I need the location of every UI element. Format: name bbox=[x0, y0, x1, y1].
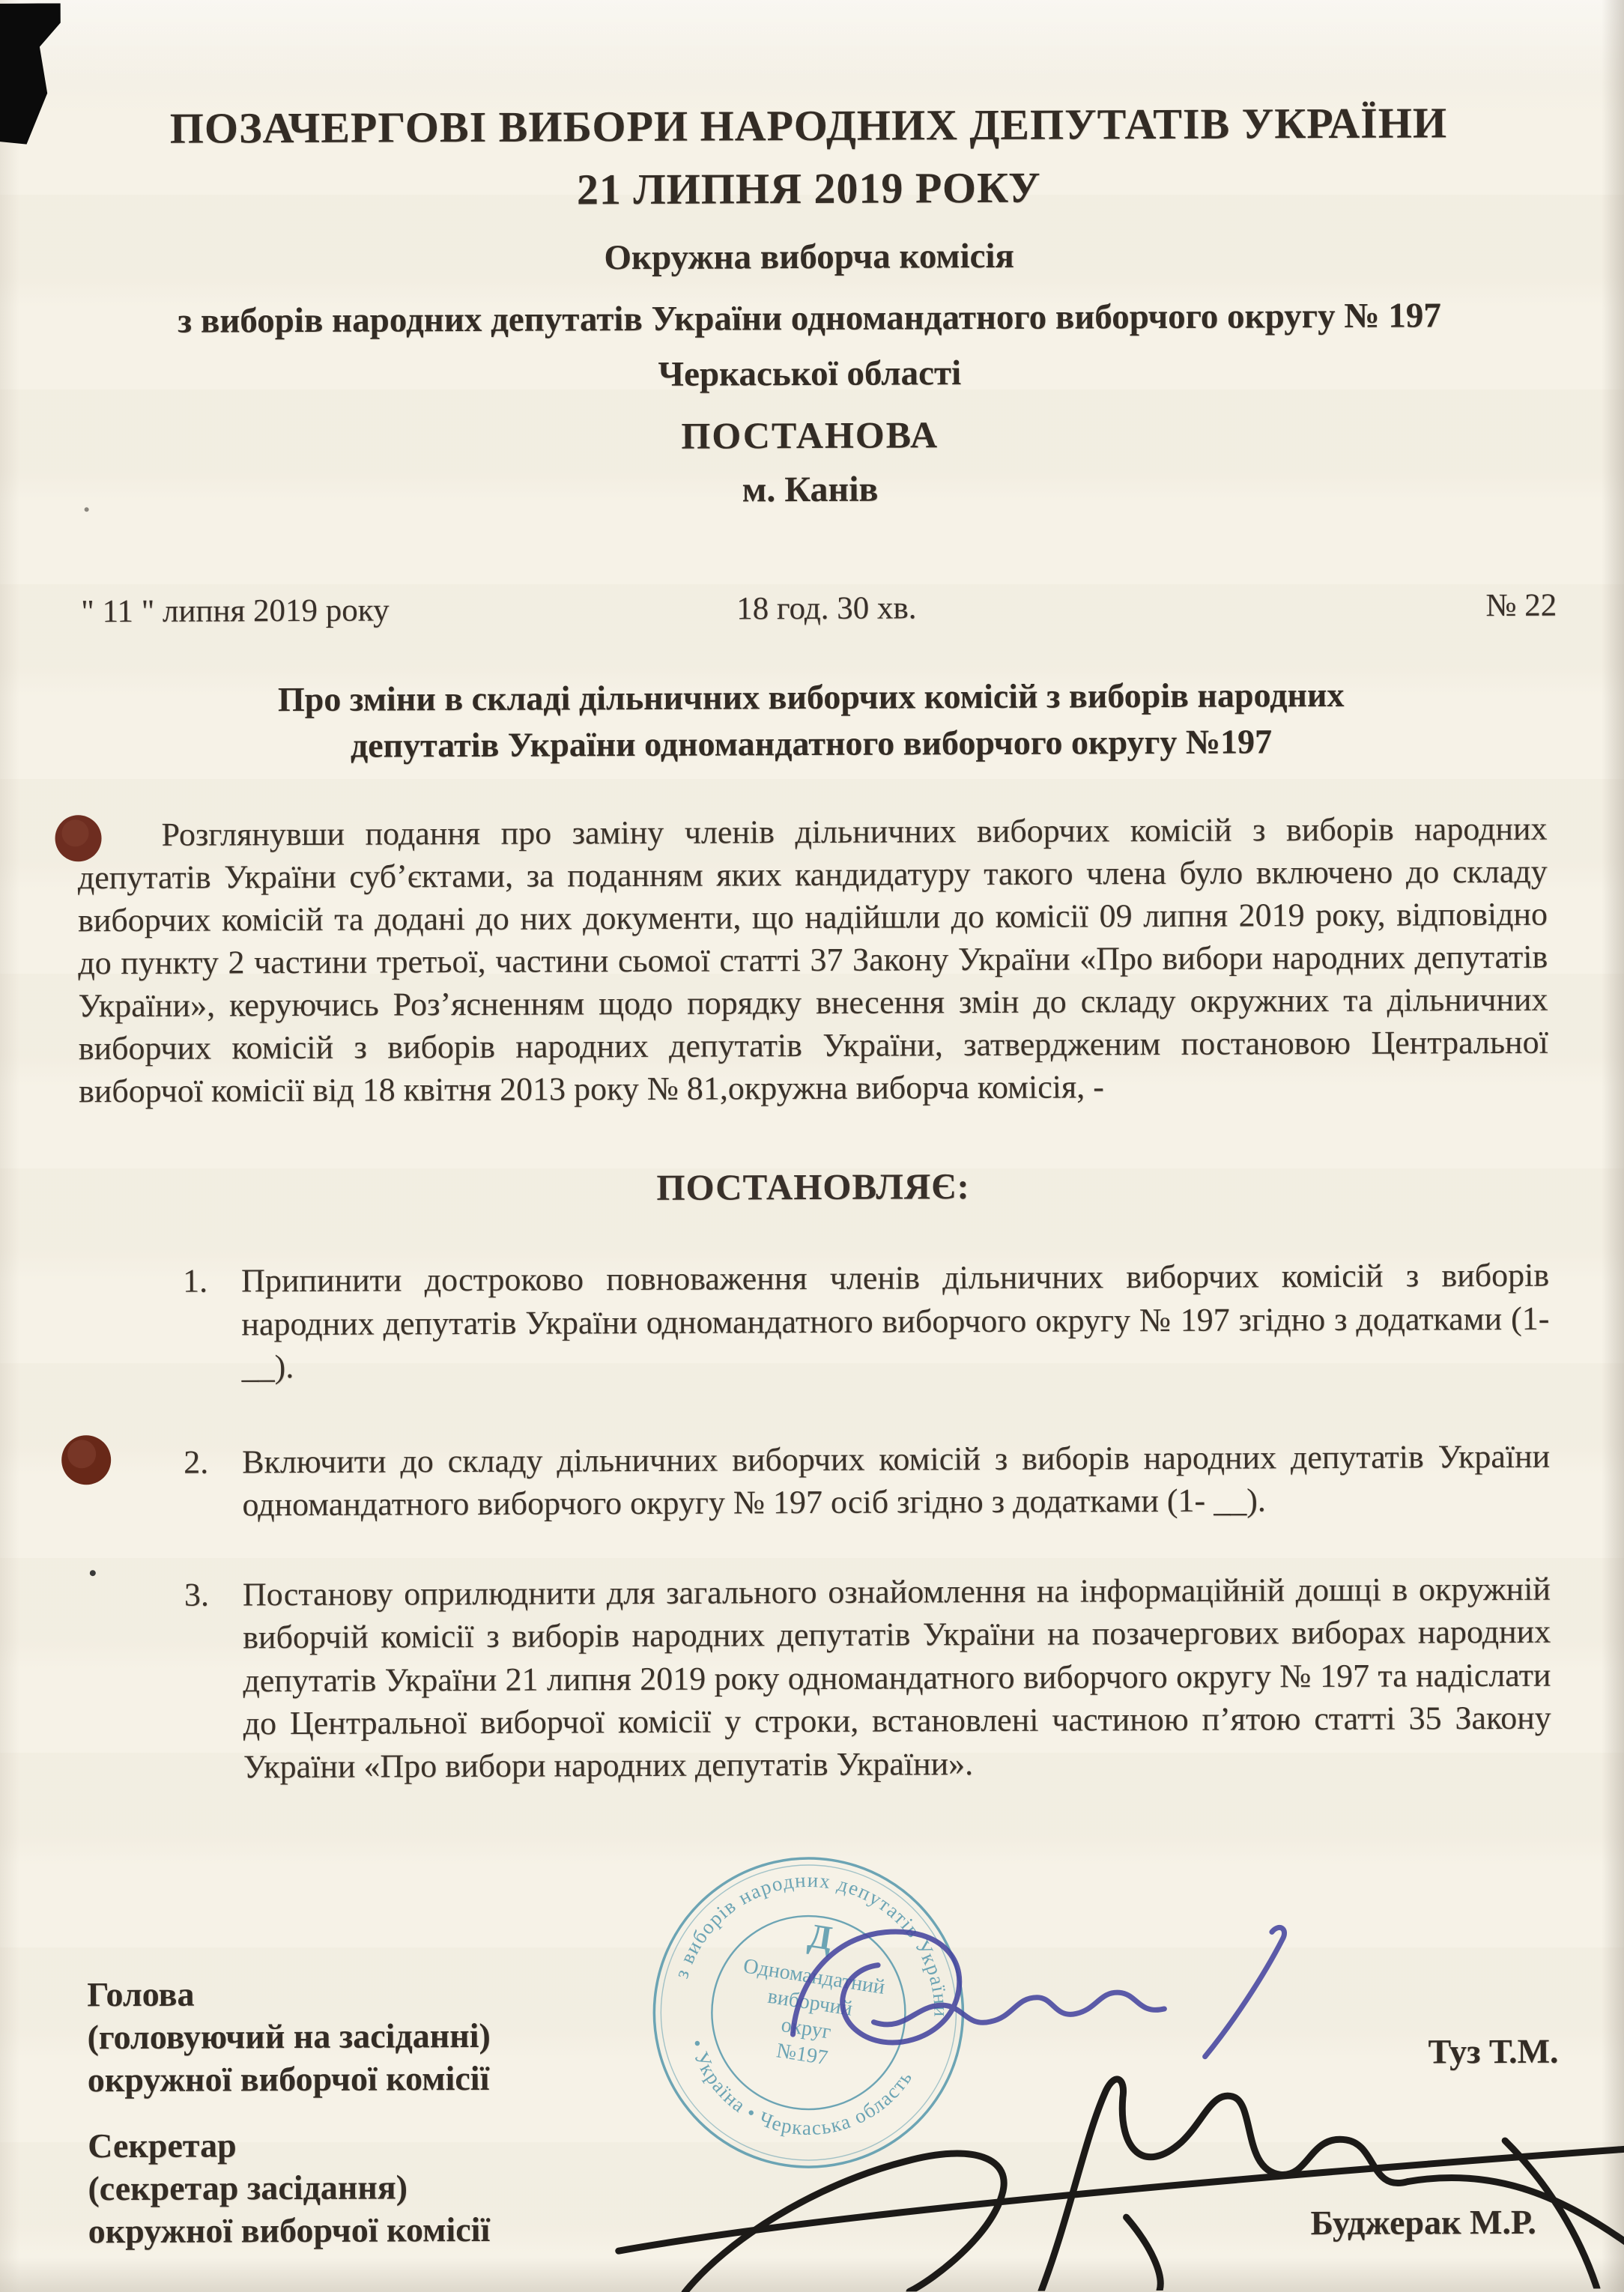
secretary-name: Буджерак М.Р. bbox=[1310, 2202, 1536, 2243]
head-title-line1: Голова bbox=[87, 1971, 491, 2016]
document-title-line2: 21 ЛИПНЯ 2019 РОКУ bbox=[0, 160, 1621, 216]
document-number: № 22 bbox=[1485, 587, 1557, 624]
district-line: з виборів народних депутатів України одн… bbox=[0, 294, 1622, 342]
stamp-ring-top-text: з виборів народних депутатів України bbox=[670, 1849, 972, 2021]
region-name: Черкаської області bbox=[0, 350, 1622, 397]
document-time: 18 год. 30 хв. bbox=[736, 589, 916, 627]
svg-text:• Україна • Черкаська область: • Україна • Черкаська область bbox=[673, 2034, 918, 2156]
resolution-items: 1. Припинити достроково повноваження чле… bbox=[79, 1254, 1551, 1789]
head-pen-signature bbox=[793, 1927, 1285, 2058]
secretary-pen-signature bbox=[618, 2077, 1624, 2292]
head-name: Туз Т.М. bbox=[1428, 2031, 1559, 2072]
item-number: 1. bbox=[183, 1260, 207, 1303]
head-title-line2: (головуючий на засіданні) bbox=[87, 2014, 491, 2058]
item-text: Постанову оприлюднити для загального озн… bbox=[243, 1570, 1551, 1785]
subject-heading: Про зміни в складі дільничних виборчих к… bbox=[0, 670, 1623, 770]
head-signature-titles: Голова (головуючий на засіданні) окружно… bbox=[87, 1971, 491, 2101]
scanned-document-page: ПОЗАЧЕРГОВІ ВИБОРИ НАРОДНИХ ДЕПУТАТІВ УК… bbox=[0, 0, 1624, 2292]
document-type: ПОСТАНОВА bbox=[0, 410, 1622, 460]
item-text: Припинити достроково повноваження членів… bbox=[241, 1257, 1549, 1386]
stamp-inner-line4: №197 bbox=[775, 2039, 829, 2070]
resolution-item-3: 3. Постанову оприлюднити для загального … bbox=[81, 1567, 1551, 1789]
stamp-ring-bottom-text: • Україна • Черкаська область bbox=[673, 2034, 918, 2156]
subject-line2: депутатів України одномандатного виборчо… bbox=[0, 717, 1623, 770]
stamp-inner-line1: Одномандатний bbox=[742, 1954, 886, 1999]
secretary-signature-titles: Секретар (секретар засідання) окружної в… bbox=[88, 2123, 490, 2252]
commission-name: Окружна виборча комісія bbox=[0, 233, 1621, 280]
preamble-paragraph: Розглянувши подання про заміну членів ді… bbox=[77, 807, 1548, 1113]
resolves-label: ПОСТАНОВЛЯЄ: bbox=[1, 1162, 1624, 1211]
commission-round-stamp: з виборів народних депутатів України • У… bbox=[631, 1843, 985, 2197]
document-date: " 11 " липня 2019 року bbox=[81, 592, 390, 630]
secretary-title-line1: Секретар bbox=[88, 2123, 490, 2167]
item-text: Включити до складу дільничних виборчих к… bbox=[242, 1437, 1550, 1523]
resolution-item-1: 1. Припинити достроково повноваження чле… bbox=[79, 1254, 1550, 1389]
stamp-letter: Д bbox=[805, 1916, 834, 1957]
item-number: 3. bbox=[184, 1573, 209, 1616]
secretary-title-line2: (секретар засідання) bbox=[88, 2165, 490, 2210]
svg-text:з виборів народних депутатів У: з виборів народних депутатів України bbox=[670, 1849, 972, 2021]
subject-line1: Про зміни в складі дільничних виборчих к… bbox=[0, 670, 1623, 724]
meta-row: " 11 " липня 2019 року 18 год. 30 хв. № … bbox=[0, 586, 1623, 593]
head-title-line3: окружної виборчої комісії bbox=[88, 2057, 491, 2101]
city-name: м. Канів bbox=[0, 465, 1623, 513]
item-number: 2. bbox=[184, 1440, 208, 1484]
secretary-title-line3: окружної виборчої комісії bbox=[88, 2208, 491, 2252]
document-title-line1: ПОЗАЧЕРГОВІ ВИБОРИ НАРОДНИХ ДЕПУТАТІВ УК… bbox=[0, 97, 1621, 154]
stamp-inner-line2: виборчий bbox=[766, 1985, 854, 2021]
stamp-inner-line3: округ bbox=[780, 2013, 833, 2044]
resolution-item-2: 2. Включити до складу дільничних виборчи… bbox=[80, 1434, 1550, 1527]
